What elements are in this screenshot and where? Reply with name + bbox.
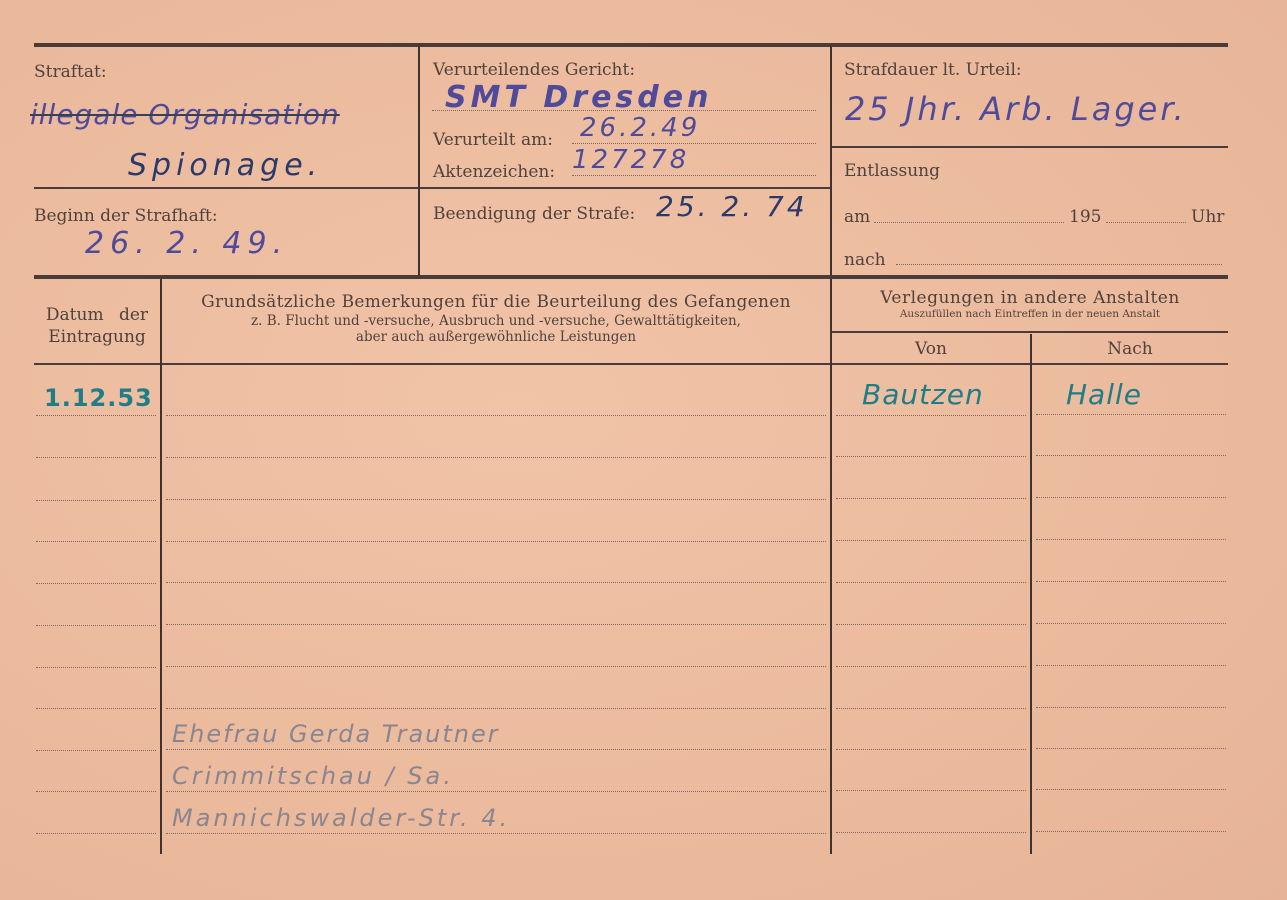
row-1-date: 1.12.53	[44, 384, 153, 412]
end-label: Beendigung der Strafe:	[433, 204, 635, 224]
top-divider-2	[830, 46, 832, 276]
sentence-label: Strafdauer lt. Urteil:	[844, 60, 1022, 80]
table-top-rule	[34, 275, 1228, 279]
header-from: Von	[832, 339, 1030, 359]
start-value: 26. 2. 49.	[85, 226, 288, 261]
release-on-label: am	[844, 207, 870, 227]
header-date-line1: Datum der	[34, 304, 160, 326]
header-transfers-title: Verlegungen in andere Anstalten	[832, 288, 1228, 308]
pencil-note-line-3: Mannichswalder-Str. 4.	[172, 804, 510, 832]
header-to: Nach	[1032, 339, 1228, 359]
release-to-dotline[interactable]	[896, 264, 1222, 265]
row-1-to: Halle	[1066, 378, 1142, 411]
header-remarks-sub2: aber auch außergewöhnliche Leistungen	[162, 329, 830, 345]
release-time-dotline[interactable]	[1106, 222, 1186, 223]
offense-label: Straftat:	[34, 62, 107, 82]
pencil-note-line-1: Ehefrau Gerda Trautner	[172, 720, 500, 748]
pencil-note-line-2: Crimmitschau / Sa.	[172, 762, 454, 790]
header-remarks-title: Grundsätzliche Bemerkungen für die Beurt…	[162, 292, 830, 312]
transfers-subheader-rule	[832, 331, 1228, 333]
table-divider-date	[160, 279, 162, 854]
release-year-prefix: 195	[1069, 207, 1101, 227]
row-1-from: Bautzen	[862, 378, 984, 411]
header-transfers-sub: Auszufüllen nach Eintreffen in der neuen…	[832, 308, 1228, 320]
start-label: Beginn der Strafhaft:	[34, 206, 218, 226]
table-header-rule-left	[34, 363, 830, 365]
file-number-dotline	[572, 175, 816, 176]
release-to-label: nach	[844, 250, 886, 270]
header-transfers: Verlegungen in andere Anstalten Auszufül…	[832, 288, 1228, 320]
top-rule	[34, 43, 1228, 47]
release-label: Entlassung	[844, 161, 940, 181]
sentence-value: 25 Jhr. Arb. Lager.	[845, 90, 1187, 128]
sentenced-on-dotline	[572, 143, 816, 144]
top-divider-1	[418, 46, 420, 276]
mid-rule-left	[34, 187, 830, 189]
court-label: Verurteilendes Gericht:	[433, 60, 635, 80]
table-divider-remarks	[830, 279, 832, 854]
file-number-label: Aktenzeichen:	[433, 162, 555, 182]
header-remarks: Grundsätzliche Bemerkungen für die Beurt…	[162, 292, 830, 345]
header-date-line2: Eintragung	[34, 326, 160, 348]
table-divider-from-to	[1030, 334, 1032, 854]
end-value: 25. 2. 74	[656, 190, 808, 223]
sentenced-on-label: Verurteilt am:	[433, 130, 553, 150]
release-date-dotline[interactable]	[874, 222, 1064, 223]
header-date: Datum der Eintragung	[34, 304, 160, 348]
file-number-value: 127278	[572, 145, 689, 175]
sentenced-on-value: 26.2.49	[580, 113, 700, 143]
court-dotline	[432, 110, 816, 111]
offense-value: Spionage.	[128, 148, 322, 183]
release-time-label: Uhr	[1191, 207, 1224, 227]
header-remarks-sub1: z. B. Flucht und -versuche, Ausbruch und…	[162, 313, 830, 329]
offense-struck-value: illegale Organisation	[30, 98, 340, 131]
mid-rule-right	[832, 146, 1228, 148]
